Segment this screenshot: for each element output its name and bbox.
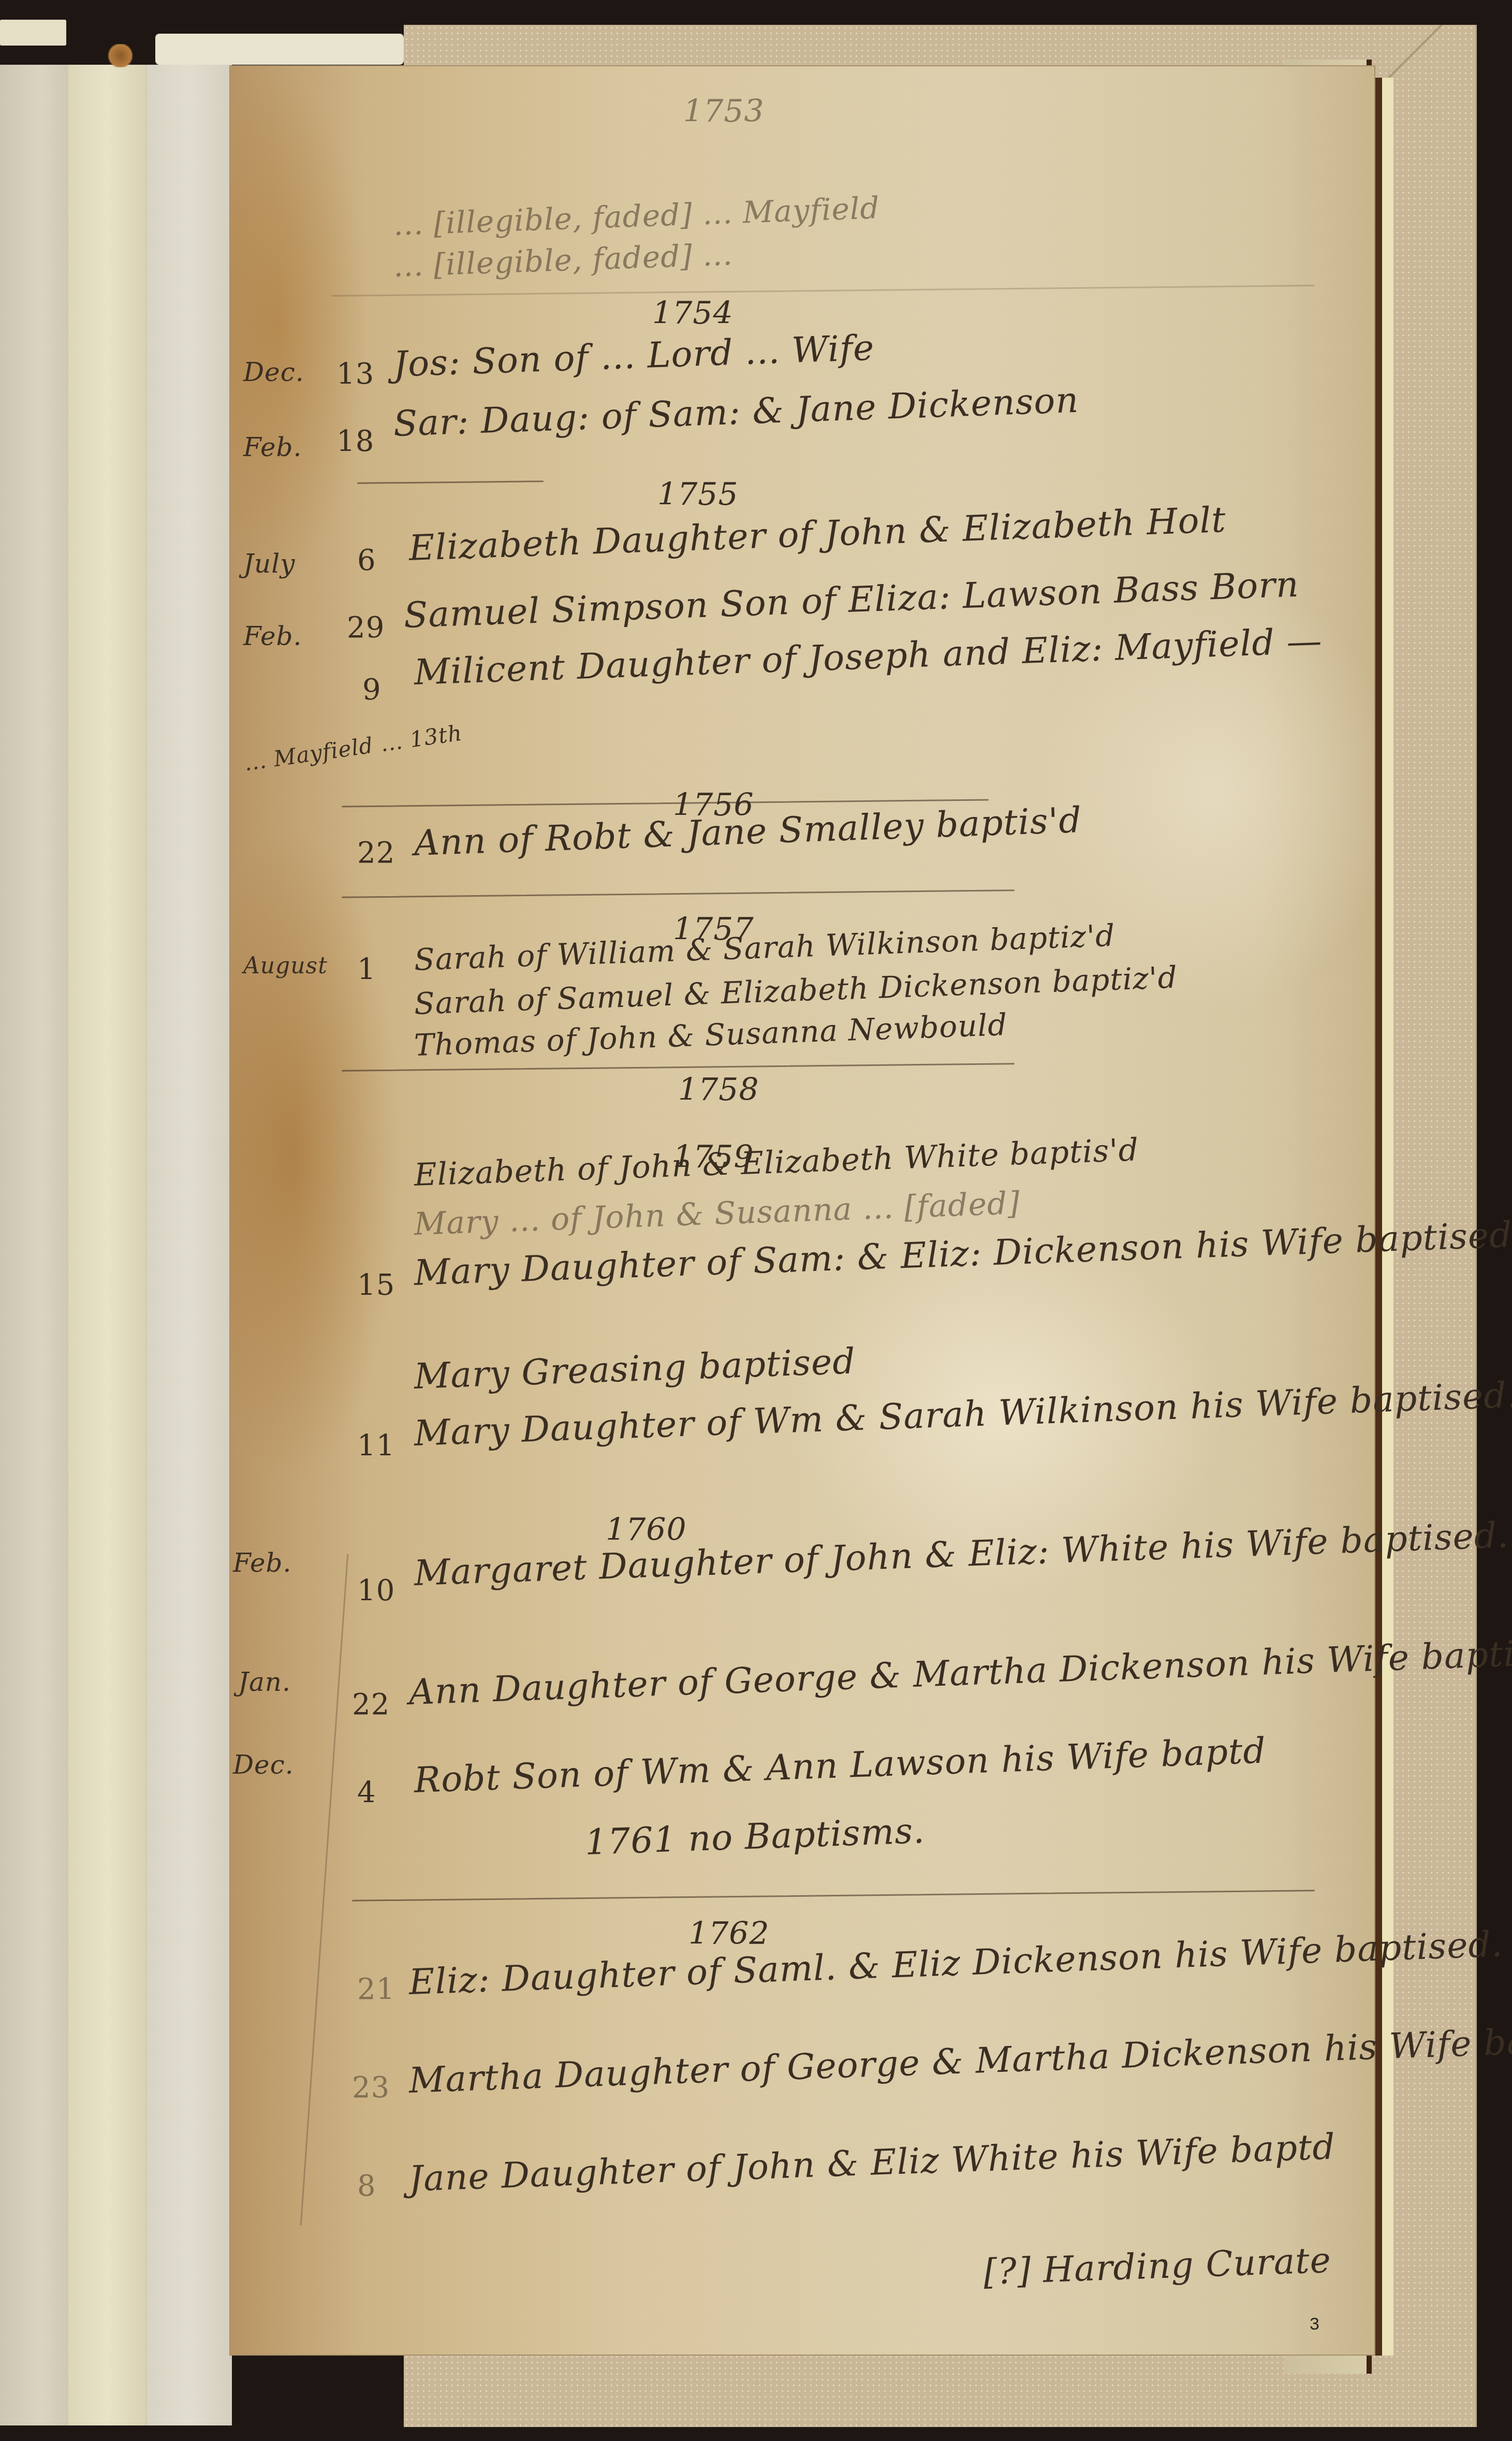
entry-day: 10: [357, 1574, 395, 1607]
top-binding-roll: [155, 34, 404, 65]
entry-day: 6: [357, 544, 376, 577]
entry-day: 15: [357, 1268, 395, 1302]
entry-month: July: [243, 549, 295, 579]
entry-day: 4: [357, 1776, 376, 1809]
section-year: 1754: [652, 295, 733, 331]
entry-month: Dec.: [233, 1750, 294, 1780]
entry-day: 1: [357, 953, 376, 986]
binding-guard-strip: [68, 65, 146, 2425]
entry-day: 13: [336, 357, 374, 391]
adhesive-stain: [106, 44, 135, 67]
entry-day: 21: [357, 1972, 395, 2006]
left-flyleaf: [0, 65, 68, 2425]
underlying-leaf-edge-light: [1382, 78, 1393, 2356]
entry-day: 29: [347, 611, 385, 645]
section-year: 1755: [657, 476, 739, 513]
header-year: 1753: [683, 93, 765, 129]
entry-day: 8: [357, 2169, 376, 2203]
entry-month: Dec.: [243, 357, 304, 387]
entry-month: Feb.: [243, 621, 302, 651]
entry-day: 22: [357, 836, 395, 870]
entry-day: 22: [352, 1688, 390, 1721]
entry-day: 23: [352, 2071, 390, 2104]
entry-day: 9: [362, 673, 381, 707]
section-year: 1762: [688, 1916, 770, 1952]
entry-day: 18: [336, 425, 374, 458]
entry-month: August: [243, 953, 328, 979]
entry-month: Jan.: [238, 1667, 291, 1697]
entry-day: 11: [357, 1429, 395, 1463]
left-tab: [0, 20, 66, 46]
section-year: 1760: [606, 1512, 687, 1548]
binding-guard-strip-tissue: [146, 65, 232, 2425]
entry-month: Feb.: [243, 432, 302, 462]
section-year: 1758: [678, 1072, 759, 1108]
folio-number: 3: [1310, 2314, 1319, 2334]
entry-month: Feb.: [233, 1548, 291, 1578]
